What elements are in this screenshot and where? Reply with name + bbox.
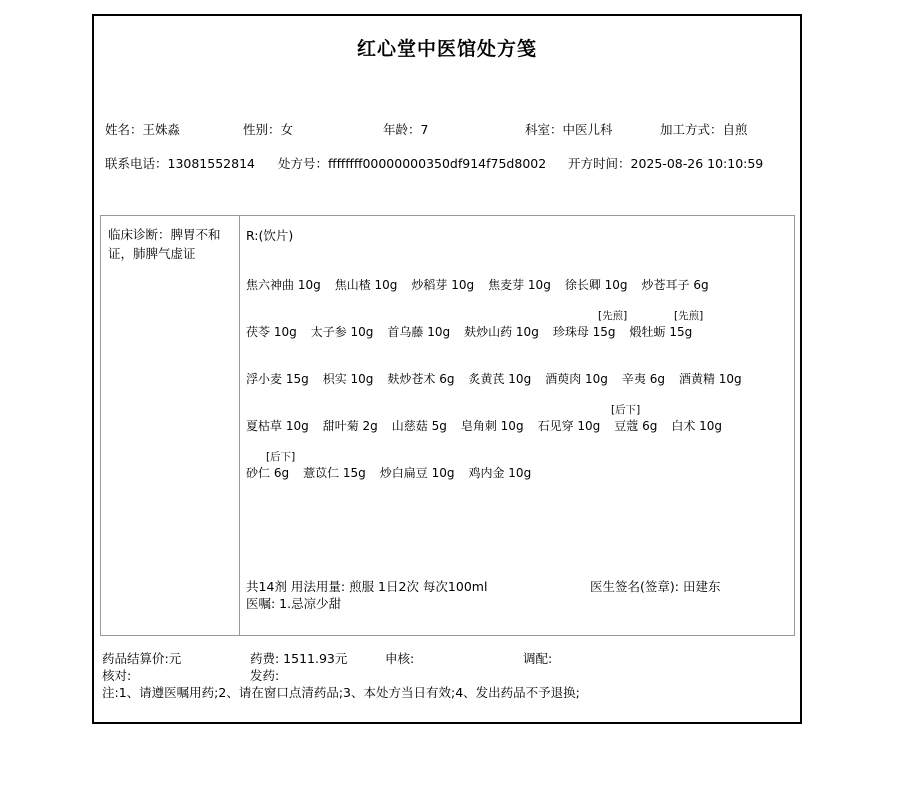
herb-item: 鸡内金 10g xyxy=(468,466,531,480)
clinical-diagnosis: 临床诊断：脾胃不和证，肺脾气虚证 xyxy=(101,216,240,635)
herb-item: 焦麦芽 10g xyxy=(488,278,551,292)
herb-line: 夏枯草 10g甜叶菊 2g山慈菇 5g皂角刺 10g石见穿 10g豆蔻 6g白术… xyxy=(246,419,790,442)
prescription-box: 临床诊断：脾胃不和证，肺脾气虚证 R:(饮片) 焦六神曲 10g焦山楂 10g炒… xyxy=(100,215,795,636)
herb-item: 首乌藤 10g xyxy=(387,325,450,339)
field-check: 核对: xyxy=(102,666,131,684)
herb-item: 煅牡蛎 15g xyxy=(630,325,693,339)
rx-footer: 共14剂 用法用量: 煎服 1日2次 每次100ml 医嘱: 1.忌凉少甜 医生… xyxy=(246,578,791,612)
herb-item: 炒苍耳子 6g xyxy=(642,278,709,292)
herb-item: 太子参 10g xyxy=(311,325,374,339)
field-department: 科室：中医儿科 xyxy=(525,120,613,138)
field-settle-price: 药品结算价:元 xyxy=(102,649,181,667)
herb-item: 茯苓 10g xyxy=(246,325,297,339)
decoction-tag-line xyxy=(246,489,790,513)
herb-item: 皂角刺 10g xyxy=(461,419,524,433)
field-review: 申核: xyxy=(385,649,414,667)
herb-item: 炙黄芪 10g xyxy=(468,372,531,386)
field-dispense: 发药: xyxy=(250,666,279,684)
decoction-tag-line: [后下] xyxy=(246,395,790,419)
herb-item: 浮小麦 15g xyxy=(246,372,309,386)
herb-item: 山慈菇 5g xyxy=(392,419,447,433)
herb-line: 焦六神曲 10g焦山楂 10g炒稻芽 10g焦麦芽 10g徐长卿 10g炒苍耳子… xyxy=(246,278,790,301)
field-patient-name: 姓名：王姝淼 xyxy=(105,120,180,138)
herb-line: 浮小麦 15g枳实 10g麸炒苍术 6g炙黄芪 10g酒萸肉 10g辛夷 6g酒… xyxy=(246,372,790,395)
herb-item: 炒稻芽 10g xyxy=(411,278,474,292)
decoction-tag-line: [先煎][先煎] xyxy=(246,301,790,325)
herb-item: 石见穿 10g xyxy=(538,419,601,433)
herb-item: 酒黄精 10g xyxy=(679,372,742,386)
herb-item: 珍珠母 15g xyxy=(553,325,616,339)
herb-item: 焦六神曲 10g xyxy=(246,278,321,292)
footer-note: 注:1、请遵医嘱用药;2、请在窗口点清药品;3、本处方当日有效;4、发出药品不予… xyxy=(102,683,580,701)
herb-item: 辛夷 6g xyxy=(622,372,665,386)
field-processing-method: 加工方式：自煎 xyxy=(660,120,748,138)
herb-item: 白术 10g xyxy=(671,419,722,433)
field-age: 年龄：7 xyxy=(383,120,428,138)
herb-item: 夏枯草 10g xyxy=(246,419,309,433)
herb-item: 徐长卿 10g xyxy=(565,278,628,292)
decoction-tag: [后下] xyxy=(611,402,640,417)
herb-item: 砂仁 6g xyxy=(246,466,289,480)
doctor-advice: 医嘱: 1.忌凉少甜 xyxy=(246,595,791,612)
decoction-tag: [先煎] xyxy=(598,308,627,323)
herb-item: 豆蔻 6g xyxy=(614,419,657,433)
herb-item: 枳实 10g xyxy=(323,372,374,386)
herb-item: 薏苡仁 15g xyxy=(303,466,366,480)
clinic-title: 红心堂中医馆处方笺 xyxy=(92,34,802,61)
field-phone: 联系电话：13081552814 xyxy=(105,154,255,172)
herb-item: 甜叶菊 2g xyxy=(323,419,378,433)
decoction-tag-line xyxy=(246,348,790,372)
herb-item: 麸炒苍术 6g xyxy=(387,372,454,386)
herb-item: 麸炒山药 10g xyxy=(464,325,539,339)
rx-area: R:(饮片) 焦六神曲 10g焦山楂 10g炒稻芽 10g焦麦芽 10g徐长卿 … xyxy=(240,216,794,635)
herb-line: 茯苓 10g太子参 10g首乌藤 10g麸炒山药 10g珍珠母 15g煅牡蛎 1… xyxy=(246,325,790,348)
field-gender: 性别：女 xyxy=(243,120,293,138)
doctor-signature: 医生签名(签章): 田建东 xyxy=(590,578,720,595)
decoction-tag: [先煎] xyxy=(674,308,703,323)
field-issue-time: 开方时间：2025-08-26 10:10:59 xyxy=(568,154,763,172)
decoction-tag-line: [后下] xyxy=(246,442,790,466)
herb-item: 焦山楂 10g xyxy=(335,278,398,292)
rx-header: R:(饮片) xyxy=(246,228,790,243)
decoction-tag: [后下] xyxy=(266,449,295,464)
herb-item: 炒白扁豆 10g xyxy=(380,466,455,480)
herb-list: 焦六神曲 10g焦山楂 10g炒稻芽 10g焦麦芽 10g徐长卿 10g炒苍耳子… xyxy=(246,278,790,513)
field-medicine-fee: 药费: 1511.93元 xyxy=(250,649,347,667)
field-prepare: 调配: xyxy=(523,649,552,667)
field-rx-number: 处方号：ffffffff00000000350df914f75d8002 xyxy=(278,154,546,172)
herb-line: 砂仁 6g薏苡仁 15g炒白扁豆 10g鸡内金 10g xyxy=(246,466,790,489)
herb-item: 酒萸肉 10g xyxy=(545,372,608,386)
